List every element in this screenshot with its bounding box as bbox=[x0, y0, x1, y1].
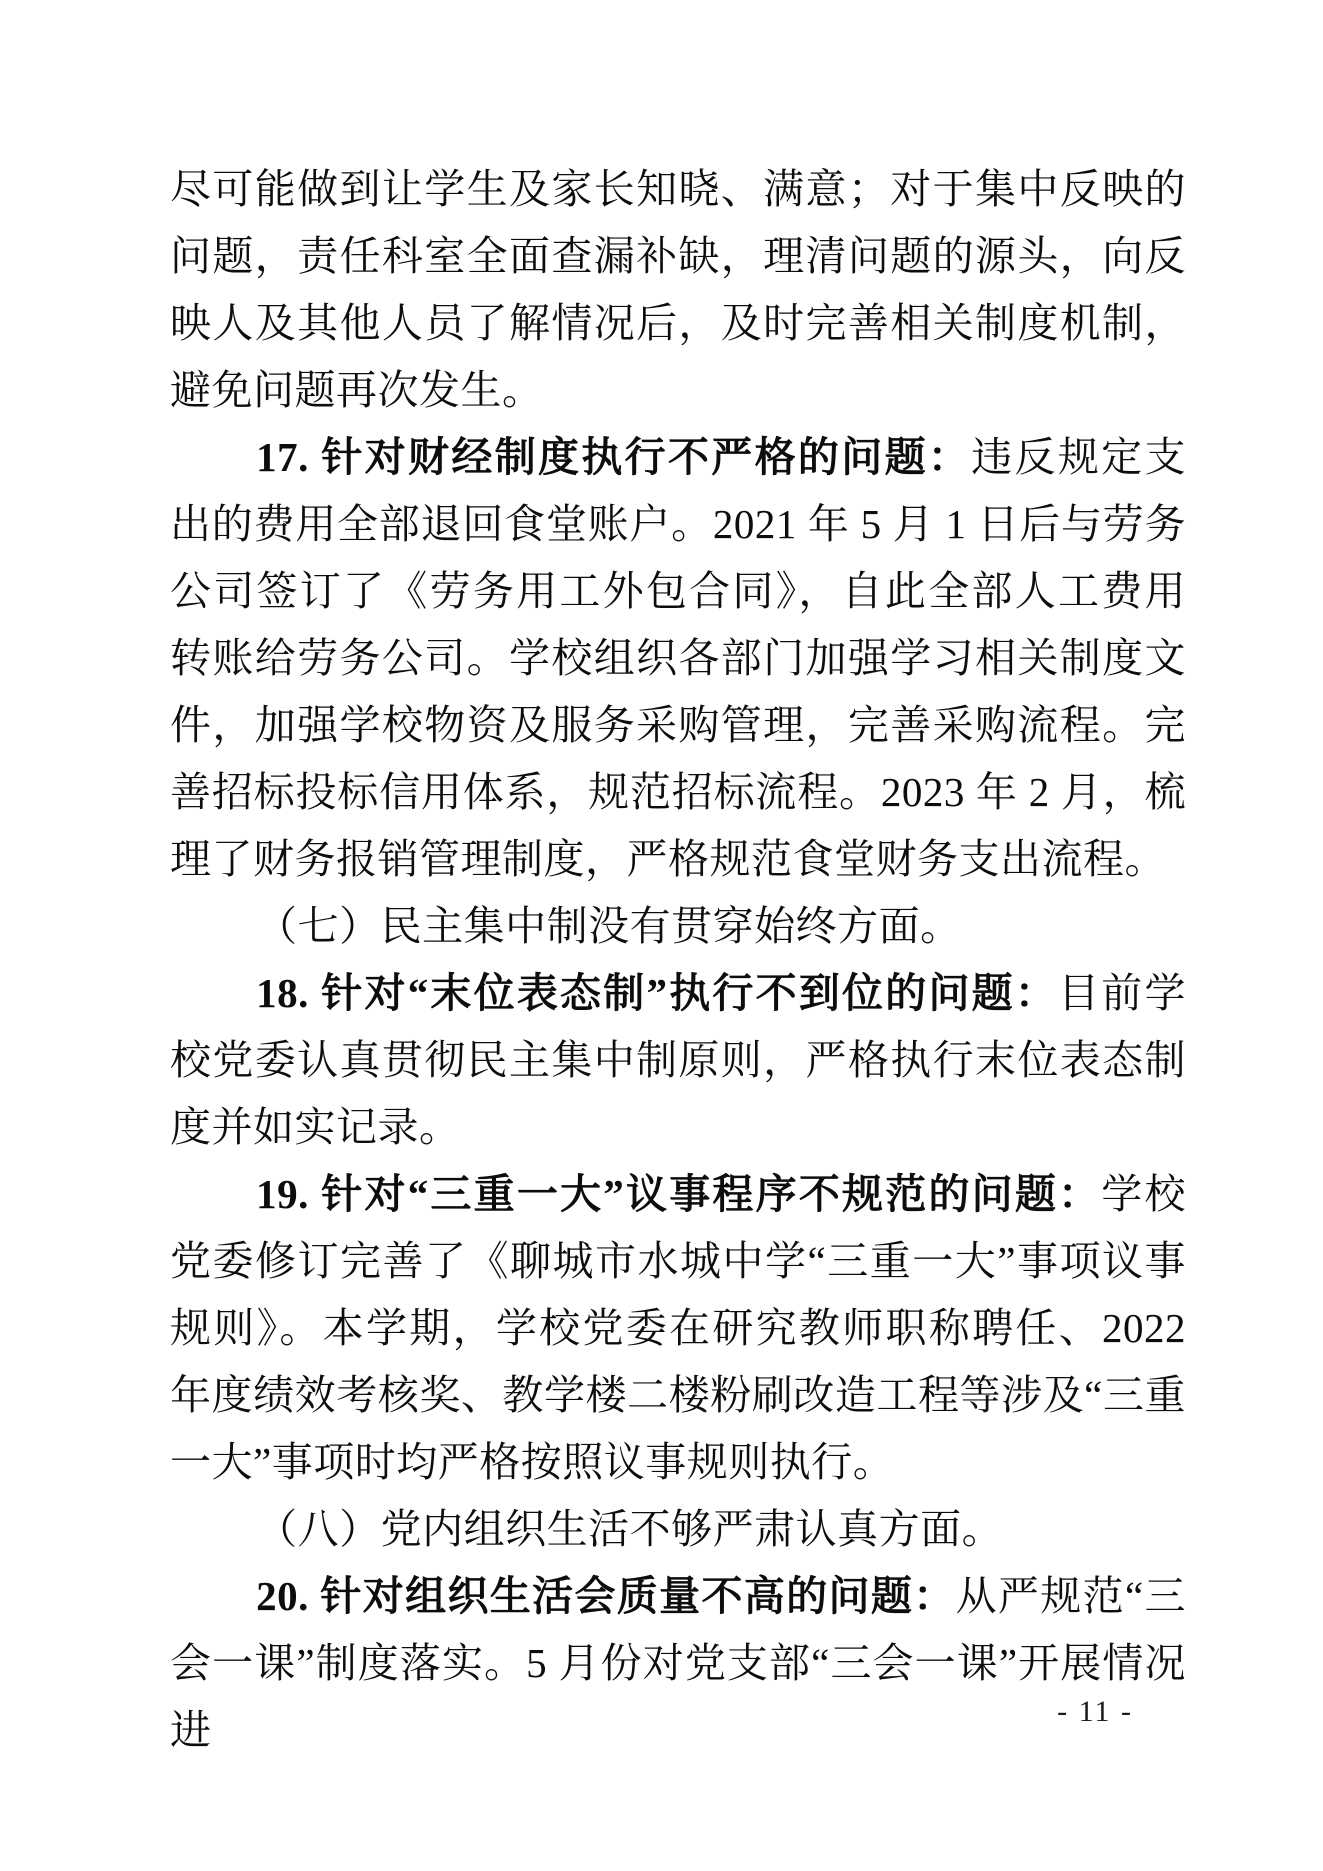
paragraph-item-20: 20. 针对组织生活会质量不高的问题：从严规范“三会一课”制度落实。5 月份对党… bbox=[170, 1563, 1186, 1764]
item-18-heading: 18. 针对“末位表态制”执行不到位的问题： bbox=[256, 970, 1058, 1016]
item-17-heading: 17. 针对财经制度执行不严格的问题： bbox=[256, 434, 971, 480]
paragraph-text: 尽可能做到让学生及家长知晓、满意；对于集中反映的问题，责任科室全面查漏补缺，理清… bbox=[170, 166, 1186, 413]
item-19-heading: 19. 针对“三重一大”议事程序不规范的问题： bbox=[256, 1171, 1101, 1217]
paragraph-item-17: 17. 针对财经制度执行不严格的问题：违反规定支出的费用全部退回食堂账户。202… bbox=[170, 424, 1186, 893]
section-heading-8: （八）党内组织生活不够严肃认真方面。 bbox=[170, 1496, 1186, 1563]
item-17-text: 违反规定支出的费用全部退回食堂账户。2021 年 5 月 1 日后与劳务公司签订… bbox=[170, 434, 1186, 882]
page-number: - 11 - bbox=[1057, 1692, 1133, 1732]
paragraph-continuation: 尽可能做到让学生及家长知晓、满意；对于集中反映的问题，责任科室全面查漏补缺，理清… bbox=[170, 156, 1186, 424]
document-page: 尽可能做到让学生及家长知晓、满意；对于集中反映的问题，责任科室全面查漏补缺，理清… bbox=[0, 0, 1323, 1871]
section-heading-7-text: （七）民主集中制没有贯穿始终方面。 bbox=[256, 903, 962, 949]
item-19-text: 学校党委修订完善了《聊城市水城中学“三重一大”事项议事规则》。本学期，学校党委在… bbox=[170, 1171, 1186, 1485]
section-heading-8-text: （八）党内组织生活不够严肃认真方面。 bbox=[256, 1506, 1003, 1552]
item-20-heading: 20. 针对组织生活会质量不高的问题： bbox=[256, 1573, 956, 1619]
document-body: 尽可能做到让学生及家长知晓、满意；对于集中反映的问题，责任科室全面查漏补缺，理清… bbox=[170, 156, 1186, 1764]
paragraph-item-19: 19. 针对“三重一大”议事程序不规范的问题：学校党委修订完善了《聊城市水城中学… bbox=[170, 1161, 1186, 1496]
section-heading-7: （七）民主集中制没有贯穿始终方面。 bbox=[170, 893, 1186, 960]
paragraph-item-18: 18. 针对“末位表态制”执行不到位的问题：目前学校党委认真贯彻民主集中制原则，… bbox=[170, 960, 1186, 1161]
